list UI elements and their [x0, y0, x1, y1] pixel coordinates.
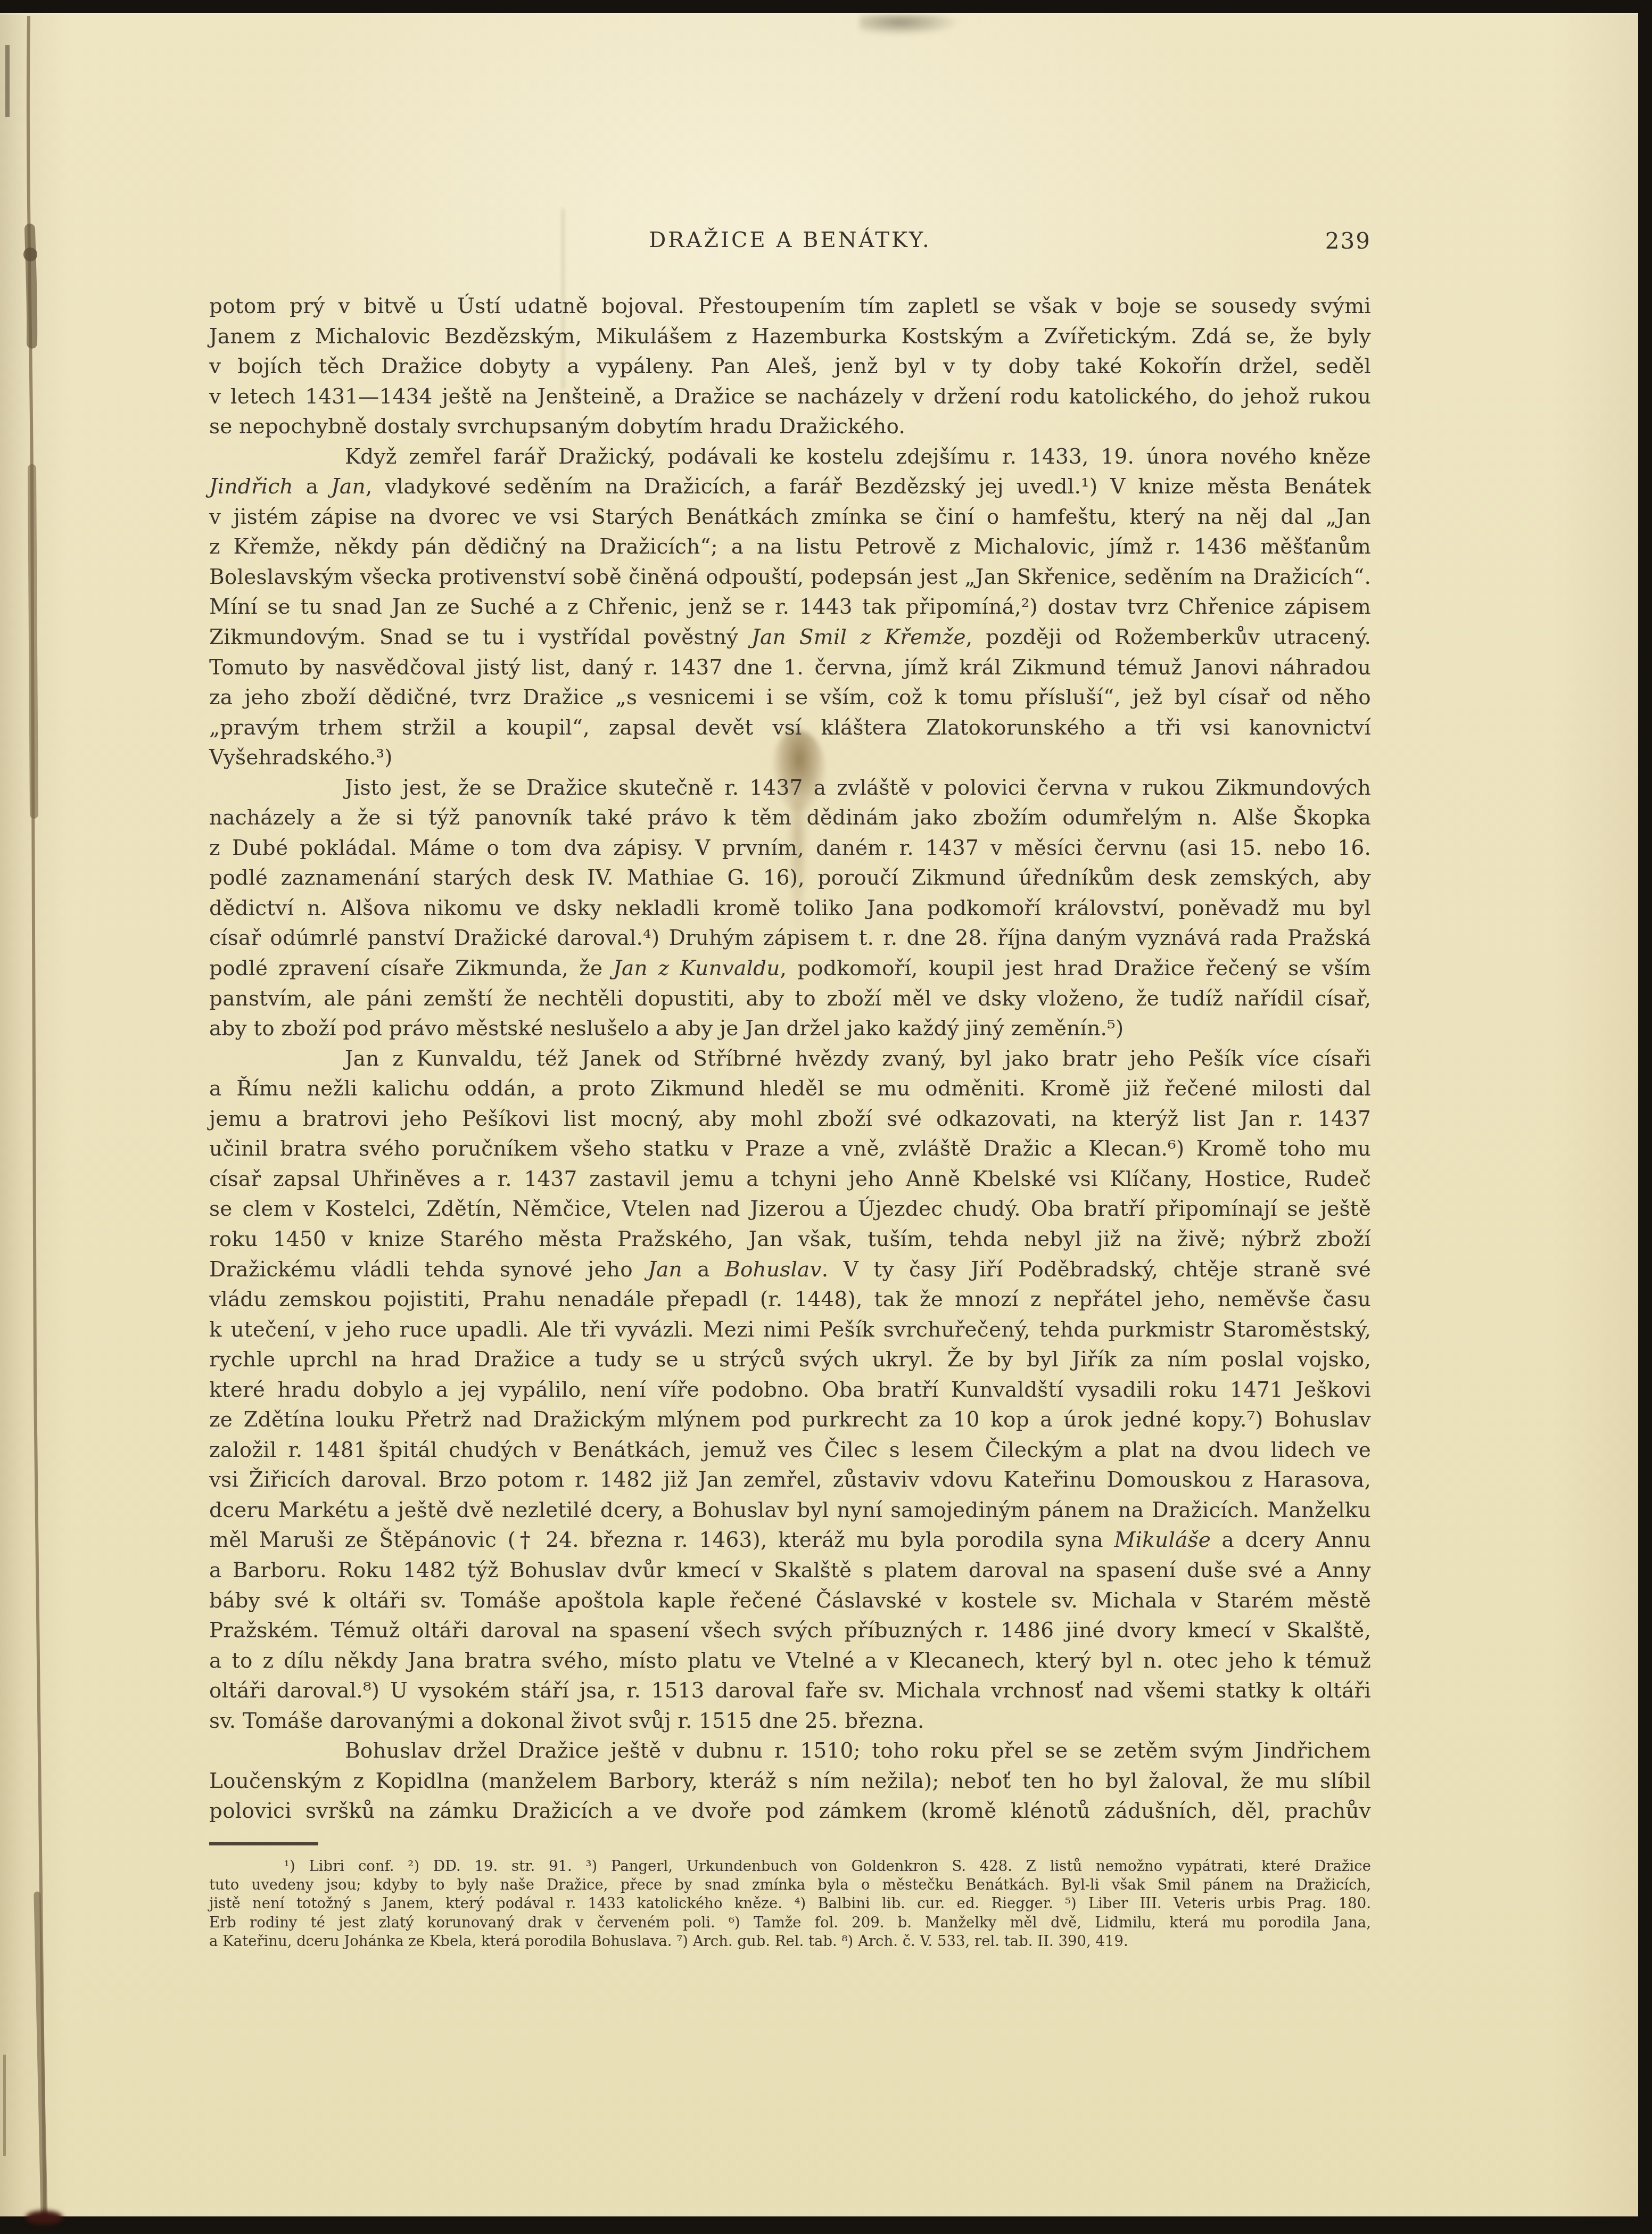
page-number: 239: [1325, 228, 1371, 254]
text-line: se clem v Kostelci, Zdětín, Němčice, Vte…: [209, 1194, 1371, 1225]
footnote-line: jistě není totožný s Janem, který podáva…: [209, 1894, 1371, 1913]
right-edge: [1638, 0, 1652, 2234]
text-line: Boleslavským všecka protivenství sobě či…: [209, 563, 1371, 593]
streak-blob-upper: [30, 229, 32, 343]
text-line: panstvím, ale páni zemští že nechtěli do…: [209, 984, 1371, 1015]
text-line: dceru Markétu a ještě dvě nezletilé dcer…: [209, 1496, 1371, 1526]
text-line: z Křemže, někdy pán dědičný na Dražicích…: [209, 532, 1371, 563]
text-line: z Dubé pokládal. Máme o tom dva zápisy. …: [209, 834, 1371, 864]
text-line: Míní se tu snad Jan ze Suché a z Chřenic…: [209, 592, 1371, 623]
footnote-line: tuto uvedeny jsou; kdyby to byly naše Dr…: [209, 1876, 1371, 1894]
text-line: nacházely a že si týž panovník také práv…: [209, 803, 1371, 834]
text-line: rychle uprchl na hrad Dražice a tudy se …: [209, 1345, 1371, 1375]
footnote-line: a Kateřinu, dceru Johánka ze Kbela, kter…: [209, 1932, 1371, 1951]
text-line: císař zapsal Uhřiněves a r. 1437 zastavi…: [209, 1165, 1371, 1195]
text-line: ze Zdětína louku Přetrž nad Dražickým ml…: [209, 1405, 1371, 1436]
paper: DRAŽICE A BENÁTKY. 239 potom prý v bitvě…: [0, 0, 1652, 2234]
page-title: DRAŽICE A BENÁTKY.: [209, 228, 1371, 252]
text-line: Jindřich a Jan, vladykové seděním na Dra…: [209, 472, 1371, 502]
footnote-separator: [209, 1842, 318, 1845]
body-text: potom prý v bitvě u Ústí udatně bojoval.…: [209, 292, 1371, 1827]
footnote-line: Erb rodiny té jest zlatý korunovaný drak…: [209, 1914, 1371, 1932]
text-line: k utečení, v jeho ruce upadli. Ale tři v…: [209, 1315, 1371, 1346]
binding-streak: [0, 0, 75, 2234]
text-line: sv. Tomáše darovanými a dokonal život sv…: [209, 1707, 1371, 1737]
text-line: Loučenským z Kopidlna (manželem Barbory,…: [209, 1767, 1371, 1797]
streak-dot: [23, 248, 37, 261]
text-line: a to z dílu někdy Jana bratra svého, mís…: [209, 1646, 1371, 1677]
margin-mark-top: [5, 45, 10, 117]
text-line: „pravým trhem stržil a koupil“, zapsal d…: [209, 713, 1371, 744]
text-line: Tomuto by nasvědčoval jistý list, daný r…: [209, 653, 1371, 683]
text-line: Vyšehradského.³): [209, 743, 1371, 773]
margin-mark-bottom: [3, 2055, 6, 2156]
text-line: polovici svršků na zámku Dražicích a ve …: [209, 1796, 1371, 1827]
text-line: Dražickému vládli tehda synové jeho Jan …: [209, 1255, 1371, 1285]
text-line: v jistém zápise na dvorec ve vsi Starých…: [209, 502, 1371, 533]
text-line: báby své k oltáři sv. Tomáše apoštola ka…: [209, 1586, 1371, 1617]
text-line: a Barboru. Roku 1482 týž Bohuslav dvůr k…: [209, 1556, 1371, 1586]
top-smudge: [860, 13, 961, 36]
streak-thick-mid: [32, 468, 34, 814]
text-line: založil r. 1481 špitál chudých v Benátká…: [209, 1436, 1371, 1466]
text-line: za jeho zboží dědičné, tvrz Dražice „s v…: [209, 683, 1371, 713]
footnote-line: ¹) Libri conf. ²) DD. 19. str. 91. ³) Pa…: [209, 1857, 1371, 1876]
text-line: v bojích těch Dražice dobyty a vypáleny.…: [209, 352, 1371, 382]
text-line: podlé zaznamenání starých desk IV. Mathi…: [209, 863, 1371, 894]
text-line: měl Maruši ze Štěpánovic († 24. března r…: [209, 1526, 1371, 1556]
text-line: Jan z Kunvaldu, též Janek od Stříbrné hv…: [209, 1044, 1371, 1075]
text-line: vládu zemskou pojistiti, Prahu nenadále …: [209, 1285, 1371, 1315]
text-line: jemu a bratrovi jeho Pešíkovi list mocný…: [209, 1104, 1371, 1135]
text-line: císař odúmrlé panství Dražické daroval.⁴…: [209, 924, 1371, 954]
text-line: které hradu dobylo a jej vypálilo, není …: [209, 1375, 1371, 1406]
text-line: podlé zpravení císaře Zikmunda, že Jan z…: [209, 954, 1371, 984]
top-edge: [0, 0, 1652, 13]
text-line: potom prý v bitvě u Ústí udatně bojoval.…: [209, 292, 1371, 322]
text-line: vsi Žiřicích daroval. Brzo potom r. 1482…: [209, 1465, 1371, 1496]
text-line: se nepochybně dostaly svrchupsaným dobyt…: [209, 412, 1371, 442]
text-line: učinil bratra svého poručníkem všeho sta…: [209, 1134, 1371, 1165]
text-line: a Římu nežli kalichu oddán, a proto Zikm…: [209, 1074, 1371, 1104]
footnotes: ¹) Libri conf. ²) DD. 19. str. 91. ³) Pa…: [209, 1857, 1371, 1951]
text-line: roku 1450 v knize Starého města Pražskéh…: [209, 1225, 1371, 1255]
text-line: dědictví n. Alšova nikomu ve dsky neklad…: [209, 894, 1371, 924]
bottom-edge-blob: [26, 2211, 63, 2224]
text-line: Pražském. Témuž oltáři daroval na spasen…: [209, 1616, 1371, 1646]
page-header: DRAŽICE A BENÁTKY. 239: [209, 228, 1371, 255]
text-line: Zikmundovým. Snad se tu i vystřídal pově…: [209, 623, 1371, 653]
book-page-scan: DRAŽICE A BENÁTKY. 239 potom prý v bitvě…: [0, 0, 1652, 2234]
text-line: v letech 1431—1434 ještě na Jenšteině, a…: [209, 382, 1371, 413]
text-line: Když zemřel farář Dražický, podávali ke …: [209, 442, 1371, 473]
text-line: aby to zboží pod právo městské neslušelo…: [209, 1014, 1371, 1044]
bottom-edge: [0, 2216, 1652, 2234]
text-line: oltáři daroval.⁸) U vysokém stáří jsa, r…: [209, 1676, 1371, 1707]
text-line: Bohuslav držel Dražice ještě v dubnu r. …: [209, 1736, 1371, 1767]
text-line: Janem z Michalovic Bezdězským, Mikulášem…: [209, 322, 1371, 352]
text-line: Jisto jest, že se Dražice skutečně r. 14…: [209, 773, 1371, 804]
